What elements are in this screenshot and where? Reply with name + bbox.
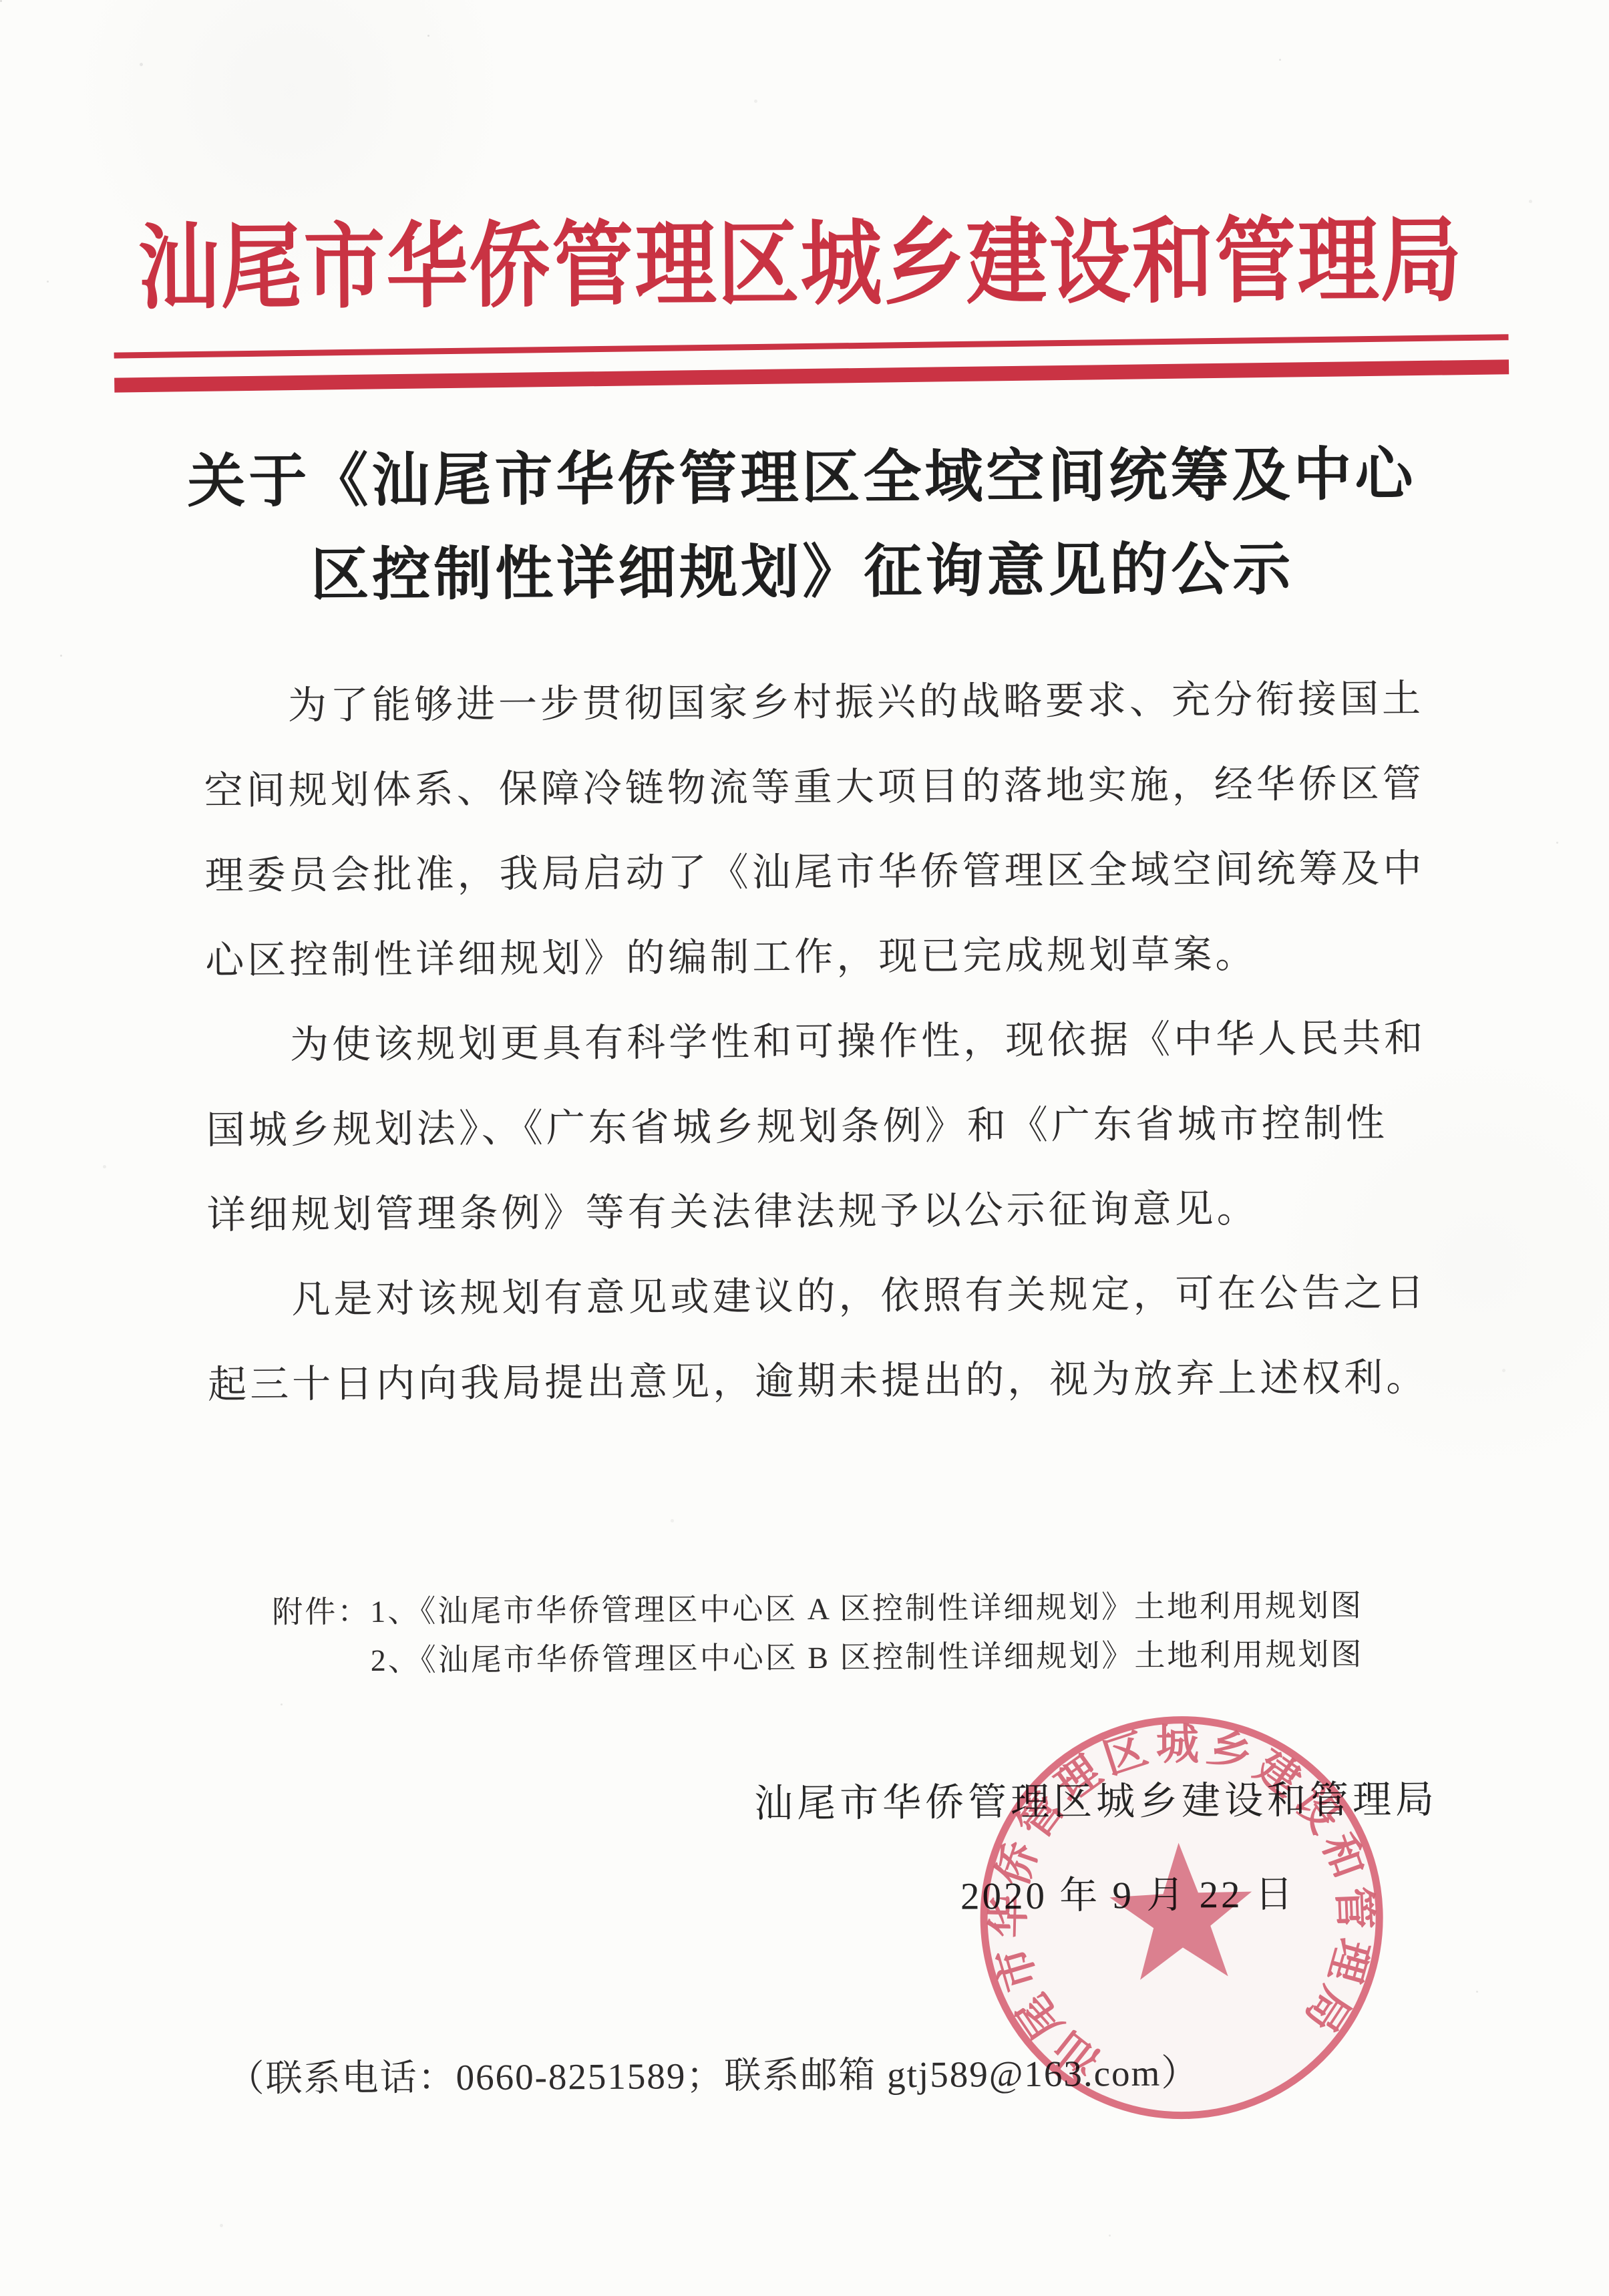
notice-body: 为了能够进一步贯彻国家乡村振兴的战略要求、充分衔接国土空间规划体系、保障冷链物流… <box>204 652 1444 1423</box>
attachment-list: 附件：1、《汕尾市华侨管理区中心区 A 区控制性详细规划》土地利用规划图 2、《… <box>272 1581 1475 1685</box>
rule-thin-line <box>114 334 1509 358</box>
page-title: 关于《汕尾市华侨管理区全域空间统筹及中心区控制性详细规划》征询意见的公示 <box>0 426 1607 625</box>
notice-body-line: 为了能够进一步贯彻国家乡村振兴的战略要求、充分衔接国土 <box>204 652 1440 744</box>
official-seal: 汕尾市华侨管理区城乡建设和管理局 <box>968 1703 1396 2132</box>
letterhead-double-rule <box>114 334 1509 392</box>
agency-letterhead-text: 汕尾市华侨管理区城乡建设和管理局 <box>138 186 1463 327</box>
attachment-line: 附件：1、《汕尾市华侨管理区中心区 A 区控制性详细规划》土地利用规划图 <box>272 1581 1474 1637</box>
scanned-notice-page: 汕尾市华侨管理区城乡建设和管理局 关于《汕尾市华侨管理区全域空间统筹及中心区控制… <box>0 0 1609 2296</box>
scan-content: 汕尾市华侨管理区城乡建设和管理局 关于《汕尾市华侨管理区全域空间统筹及中心区控制… <box>0 0 1609 2296</box>
page-title-line: 关于《汕尾市华侨管理区全域空间统筹及中心 <box>0 426 1606 530</box>
notice-body-line: 详细规划管理条例》等有关法律法规予以公示征询意见。 <box>206 1161 1443 1253</box>
notice-body-line: 心区控制性详细规划》的编制工作，现已完成规划草案。 <box>205 907 1441 999</box>
notice-body-line: 为使该规划更具有科学性和可操作性，现依据《中华人民共和 <box>206 991 1442 1084</box>
notice-body-line: 起三十日内向我局提出意见，逾期未提出的，视为放弃上述权利。 <box>208 1331 1444 1423</box>
notice-body-line: 空间规划体系、保障冷链物流等重大项目的落地实施，经华侨区管 <box>204 737 1440 829</box>
notice-body-line: 凡是对该规划有意见或建议的，依照有关规定，可在公告之日 <box>207 1246 1443 1338</box>
notice-body-line: 国城乡规划法》、《广东省城乡规划条例》和《广东省城市控制性 <box>206 1076 1442 1168</box>
rule-thick-line <box>114 359 1509 392</box>
scan-noise-speckles <box>0 0 2 2</box>
attachment-line: 2、《汕尾市华侨管理区中心区 B 区控制性详细规划》土地利用规划图 <box>273 1629 1475 1685</box>
notice-body-line: 理委员会批准，我局启动了《汕尾市华侨管理区全域空间统筹及中 <box>204 822 1441 914</box>
agency-letterhead: 汕尾市华侨管理区城乡建设和管理局 <box>0 193 1605 320</box>
page-title-line: 区控制性详细规划》征询意见的公示 <box>0 520 1607 625</box>
